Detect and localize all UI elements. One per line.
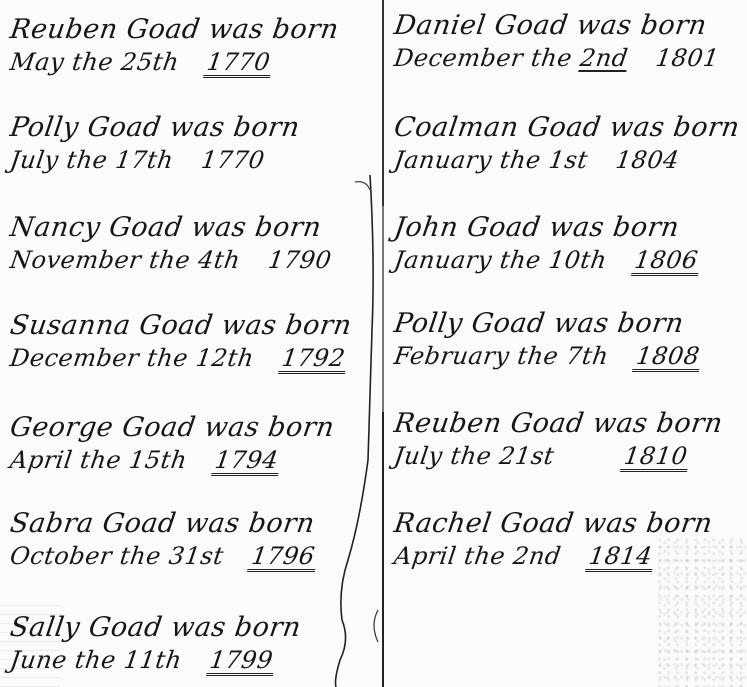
entry-date-line: January the 1st 1804 xyxy=(392,144,746,176)
given-name: Daniel xyxy=(392,10,488,41)
entry-date-line: April the 2nd 1814 xyxy=(392,540,746,572)
born-phrase: was born xyxy=(168,112,302,143)
birth-month: December xyxy=(8,344,141,372)
entry-name-line: Rachel Goad was born xyxy=(392,508,746,540)
born-phrase: was born xyxy=(203,412,337,443)
entry-name-line: John Goad was born xyxy=(392,212,746,244)
birth-year: 1801 xyxy=(652,45,723,71)
given-name: Reuben xyxy=(8,14,120,45)
given-name: Reuben xyxy=(392,408,504,439)
birth-entry: John Goad was born January the 10th 1806 xyxy=(392,212,742,276)
birth-entry: Sabra Goad was born October the 31st 179… xyxy=(8,508,378,572)
birth-month: January xyxy=(392,146,494,174)
birth-day: 25th xyxy=(119,48,181,76)
entry-name-line: Polly Goad was born xyxy=(392,308,746,340)
entry-date-line: December the 12th 1792 xyxy=(8,342,382,374)
the-word: the xyxy=(118,542,163,570)
birth-month: April xyxy=(392,542,458,570)
born-phrase: was born xyxy=(169,612,303,643)
entry-name-line: Reuben Goad was born xyxy=(8,14,382,46)
birth-year: 1810 xyxy=(620,443,691,472)
the-word: the xyxy=(73,646,118,674)
birth-entry: Reuben Goad was born May the 25th 1770 xyxy=(8,14,378,78)
born-phrase: was born xyxy=(183,508,317,539)
birth-month: June xyxy=(8,646,69,674)
entry-name-line: Reuben Goad was born xyxy=(392,408,746,440)
surname: Goad xyxy=(87,612,165,643)
given-name: Nancy xyxy=(8,212,102,243)
birth-day: 4th xyxy=(196,246,242,274)
birth-month: May xyxy=(8,48,66,76)
surname: Goad xyxy=(525,112,603,143)
the-word: the xyxy=(449,442,494,470)
entry-date-line: April the 15th 1794 xyxy=(8,444,382,476)
birth-year: 1796 xyxy=(247,543,318,572)
birth-year: 1799 xyxy=(206,647,277,676)
entry-date-line: December the 2nd 1801 xyxy=(392,42,746,74)
birth-entry: Daniel Goad was born December the 2nd 18… xyxy=(392,10,742,74)
entry-date-line: May the 25th 1770 xyxy=(8,46,382,78)
entry-name-line: Polly Goad was born xyxy=(8,112,382,144)
given-name: Rachel xyxy=(392,508,494,539)
birth-month: April xyxy=(8,446,74,474)
entry-date-line: November the 4th 1790 xyxy=(8,244,382,276)
surname: Goad xyxy=(120,412,198,443)
birth-entry: Sally Goad was born June the 11th 1799 xyxy=(8,612,378,676)
birth-year: 1804 xyxy=(612,147,683,173)
birth-day: 12th xyxy=(194,344,256,372)
birth-day: 2nd xyxy=(511,542,563,570)
entry-name-line: Nancy Goad was born xyxy=(8,212,382,244)
given-name: George xyxy=(8,412,115,443)
entry-date-line: October the 31st 1796 xyxy=(8,540,382,572)
entry-name-line: Sabra Goad was born xyxy=(8,508,382,540)
the-word: the xyxy=(145,344,190,372)
birth-year: 1808 xyxy=(632,343,703,372)
born-phrase: was born xyxy=(575,10,709,41)
birth-day: 2nd xyxy=(578,46,629,72)
birth-year: 1792 xyxy=(278,345,349,374)
born-phrase: was born xyxy=(608,112,742,143)
born-phrase: was born xyxy=(581,508,715,539)
birth-day: 21st xyxy=(498,442,556,470)
birth-month: November xyxy=(8,246,143,274)
surname: Goad xyxy=(509,408,587,439)
birth-month: July xyxy=(8,146,60,174)
surname: Goad xyxy=(493,10,571,41)
birth-day: 1st xyxy=(547,146,590,174)
birth-day: 17th xyxy=(114,146,176,174)
birth-month: December xyxy=(392,44,525,72)
given-name: Susanna xyxy=(8,310,133,341)
birth-entry: George Goad was born April the 15th 1794 xyxy=(8,412,378,476)
birth-month: January xyxy=(392,246,494,274)
entry-date-line: February the 7th 1808 xyxy=(392,340,746,372)
entry-name-line: Daniel Goad was born xyxy=(392,10,746,42)
birth-month: October xyxy=(8,542,114,570)
born-phrase: was born xyxy=(591,408,725,439)
birth-entry: Susanna Goad was born December the 12th … xyxy=(8,310,378,374)
entry-name-line: Coalman Goad was born xyxy=(392,112,746,144)
born-phrase: was born xyxy=(207,14,341,45)
surname: Goad xyxy=(101,508,179,539)
scanned-page: Reuben Goad was born May the 25th 1770 P… xyxy=(0,0,747,687)
birth-entry: Rachel Goad was born April the 2nd 1814 xyxy=(392,508,742,572)
the-word: the xyxy=(78,446,123,474)
surname: Goad xyxy=(107,212,185,243)
birth-day: 7th xyxy=(565,342,611,370)
given-name: Coalman xyxy=(392,112,521,143)
born-phrase: was born xyxy=(220,310,354,341)
the-word: the xyxy=(498,246,543,274)
born-phrase: was born xyxy=(190,212,324,243)
birth-day: 15th xyxy=(127,446,189,474)
surname: Goad xyxy=(137,310,215,341)
entry-date-line: July the 21st 1810 xyxy=(392,440,746,472)
the-word: the xyxy=(529,44,574,72)
surname: Goad xyxy=(465,212,543,243)
born-phrase: was born xyxy=(547,212,681,243)
entry-date-line: June the 11th 1799 xyxy=(8,644,382,676)
birth-year: 1806 xyxy=(631,247,702,276)
born-phrase: was born xyxy=(552,308,686,339)
birth-entry: Reuben Goad was born July the 21st 1810 xyxy=(392,408,742,472)
the-word: the xyxy=(147,246,192,274)
birth-entry: Coalman Goad was born January the 1st 18… xyxy=(392,112,742,176)
the-word: the xyxy=(462,542,507,570)
given-name: Sally xyxy=(8,612,82,643)
the-word: the xyxy=(516,342,561,370)
birth-year: 1814 xyxy=(585,543,656,572)
birth-year: 1770 xyxy=(203,49,274,78)
birth-entry: Nancy Goad was born November the 4th 179… xyxy=(8,212,378,276)
birth-year: 1794 xyxy=(211,447,282,476)
entry-name-line: Susanna Goad was born xyxy=(8,310,382,342)
birth-entry: Polly Goad was born February the 7th 180… xyxy=(392,308,742,372)
birth-day: 31st xyxy=(167,542,225,570)
given-name: Sabra xyxy=(8,508,96,539)
surname: Goad xyxy=(498,508,576,539)
birth-month: July xyxy=(392,442,444,470)
birth-entry: Polly Goad was born July the 17th 1770 xyxy=(8,112,378,176)
birth-day: 10th xyxy=(547,246,609,274)
surname: Goad xyxy=(470,308,548,339)
entry-name-line: Sally Goad was born xyxy=(8,612,382,644)
surname: Goad xyxy=(125,14,203,45)
entry-date-line: January the 10th 1806 xyxy=(392,244,746,276)
birth-year: 1790 xyxy=(265,247,336,273)
entry-date-line: July the 17th 1770 xyxy=(8,144,382,176)
the-word: the xyxy=(65,146,110,174)
birth-year: 1770 xyxy=(198,147,269,173)
the-word: the xyxy=(70,48,115,76)
surname: Goad xyxy=(86,112,164,143)
the-word: the xyxy=(498,146,543,174)
given-name: John xyxy=(392,212,460,243)
birth-day: 11th xyxy=(122,646,184,674)
entry-name-line: George Goad was born xyxy=(8,412,382,444)
given-name: Polly xyxy=(8,112,81,143)
given-name: Polly xyxy=(392,308,465,339)
birth-month: February xyxy=(392,342,511,370)
